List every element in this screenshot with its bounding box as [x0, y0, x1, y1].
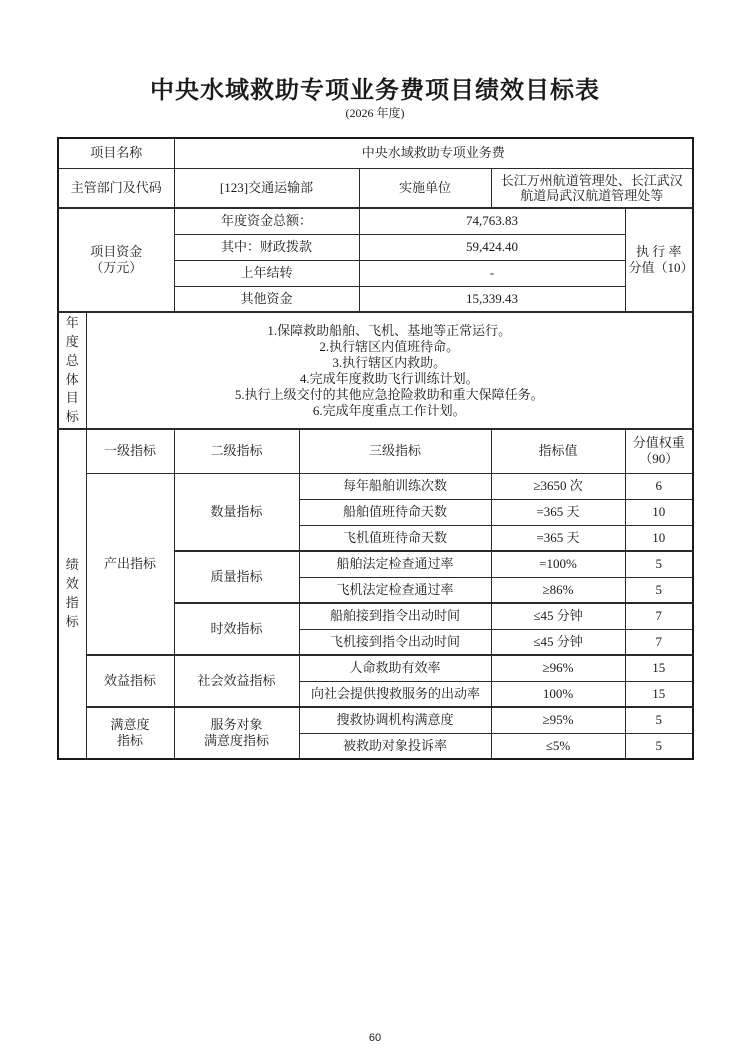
performance-target-table: 项目名称 中央水域救助专项业务费 主管部门及代码 [123]交通运输部 实施单位… [57, 137, 694, 760]
level2-quality: 质量指标 [174, 551, 299, 603]
indicator-weight: 6 [625, 473, 693, 499]
indicator-row: 满意度 指标 服务对象 满意度指标 搜救协调机构满意度 ≥95% 5 [58, 707, 693, 733]
level3-indicator: 向社会提供搜救服务的出动率 [299, 681, 491, 707]
department-label: 主管部门及代码 [58, 168, 174, 208]
implementing-unit-value: 长江万州航道管理处、长江武汉航道局武汉航道管理处等 [491, 168, 693, 208]
funds-fiscal-label: 其中：财政拨款 [174, 234, 359, 260]
funds-row-total: 项目资金 （万元） 年度资金总额： 74,763.83 执 行 率 分值（10） [58, 208, 693, 234]
header-weight: 分值权重 （90） [625, 429, 693, 473]
header-level1: 一级指标 [86, 429, 174, 473]
annual-goal-items: 1.保障救助船舶、飞机、基地等正常运行。 2.执行辖区内值班待命。 3.执行辖区… [86, 312, 693, 429]
header-level3: 三级指标 [299, 429, 491, 473]
funds-carryover-value: - [359, 260, 625, 286]
indicator-value: ≥3650 次 [491, 473, 625, 499]
indicator-weight: 7 [625, 603, 693, 629]
page-number: 60 [0, 1032, 750, 1044]
indicator-value: =365 天 [491, 525, 625, 551]
indicator-value: ≤45 分钟 [491, 629, 625, 655]
project-name-value: 中央水域救助专项业务费 [174, 138, 693, 168]
indicator-row: 效益指标 社会效益指标 人命救助有效率 ≥96% 15 [58, 655, 693, 681]
indicator-value: ≥95% [491, 707, 625, 733]
level3-indicator: 人命救助有效率 [299, 655, 491, 681]
annual-goal-label-text: 年度总体目标 [66, 314, 79, 427]
header-value: 指标值 [491, 429, 625, 473]
indicator-weight: 7 [625, 629, 693, 655]
level2-social-benefit: 社会效益指标 [174, 655, 299, 707]
indicator-value: ≤45 分钟 [491, 603, 625, 629]
indicator-weight: 15 [625, 681, 693, 707]
indicator-weight: 5 [625, 707, 693, 733]
page-title: 中央水域救助专项业务费项目绩效目标表 [0, 70, 750, 105]
project-name-row: 项目名称 中央水域救助专项业务费 [58, 138, 693, 168]
indicator-weight: 15 [625, 655, 693, 681]
indicator-weight: 5 [625, 577, 693, 603]
indicator-value: =100% [491, 551, 625, 577]
header-level2: 二级指标 [174, 429, 299, 473]
annual-goal-label: 年度总体目标 [58, 312, 86, 429]
funds-label: 项目资金 （万元） [58, 208, 174, 312]
funds-other-label: 其他资金 [174, 286, 359, 312]
implementing-unit-label: 实施单位 [359, 168, 491, 208]
level1-output: 产出指标 [86, 473, 174, 655]
level3-indicator: 船舶接到指令出动时间 [299, 603, 491, 629]
indicator-weight: 5 [625, 733, 693, 759]
indicator-row: 产出指标 数量指标 每年船舶训练次数 ≥3650 次 6 [58, 473, 693, 499]
funds-total-value: 74,763.83 [359, 208, 625, 234]
indicator-value: 100% [491, 681, 625, 707]
level3-indicator: 船舶值班待命天数 [299, 499, 491, 525]
level3-indicator: 飞机接到指令出动时间 [299, 629, 491, 655]
annual-goal-row: 年度总体目标 1.保障救助船舶、飞机、基地等正常运行。 2.执行辖区内值班待命。… [58, 312, 693, 429]
project-name-label: 项目名称 [58, 138, 174, 168]
indicator-weight: 10 [625, 499, 693, 525]
level2-timeliness: 时效指标 [174, 603, 299, 655]
performance-indicator-label: 绩效指标 [58, 429, 86, 759]
funds-carryover-label: 上年结转 [174, 260, 359, 286]
department-value: [123]交通运输部 [174, 168, 359, 208]
document-page: 中央水域救助专项业务费项目绩效目标表 (2026 年度) 项目名称 中央水域救助… [0, 0, 750, 1060]
page-subtitle: (2026 年度) [0, 104, 750, 121]
funds-total-label: 年度资金总额： [174, 208, 359, 234]
funds-fiscal-value: 59,424.40 [359, 234, 625, 260]
level3-indicator: 飞机值班待命天数 [299, 525, 491, 551]
indicator-value: =365 天 [491, 499, 625, 525]
indicator-weight: 5 [625, 551, 693, 577]
level3-indicator: 每年船舶训练次数 [299, 473, 491, 499]
level2-service-satisfaction: 服务对象 满意度指标 [174, 707, 299, 759]
indicator-weight: 10 [625, 525, 693, 551]
indicator-value: ≥96% [491, 655, 625, 681]
level3-indicator: 搜救协调机构满意度 [299, 707, 491, 733]
level3-indicator: 飞机法定检查通过率 [299, 577, 491, 603]
indicator-value: ≤5% [491, 733, 625, 759]
level1-benefit: 效益指标 [86, 655, 174, 707]
department-row: 主管部门及代码 [123]交通运输部 实施单位 长江万州航道管理处、长江武汉航道… [58, 168, 693, 208]
indicator-value: ≥86% [491, 577, 625, 603]
performance-indicator-label-text: 绩效指标 [66, 556, 79, 631]
level3-indicator: 船舶法定检查通过率 [299, 551, 491, 577]
level1-satisfaction: 满意度 指标 [86, 707, 174, 759]
indicator-header-row: 绩效指标 一级指标 二级指标 三级指标 指标值 分值权重 （90） [58, 429, 693, 473]
funds-other-value: 15,339.43 [359, 286, 625, 312]
execution-rate-score: 执 行 率 分值（10） [625, 208, 693, 312]
level3-indicator: 被救助对象投诉率 [299, 733, 491, 759]
level2-quantity: 数量指标 [174, 473, 299, 551]
